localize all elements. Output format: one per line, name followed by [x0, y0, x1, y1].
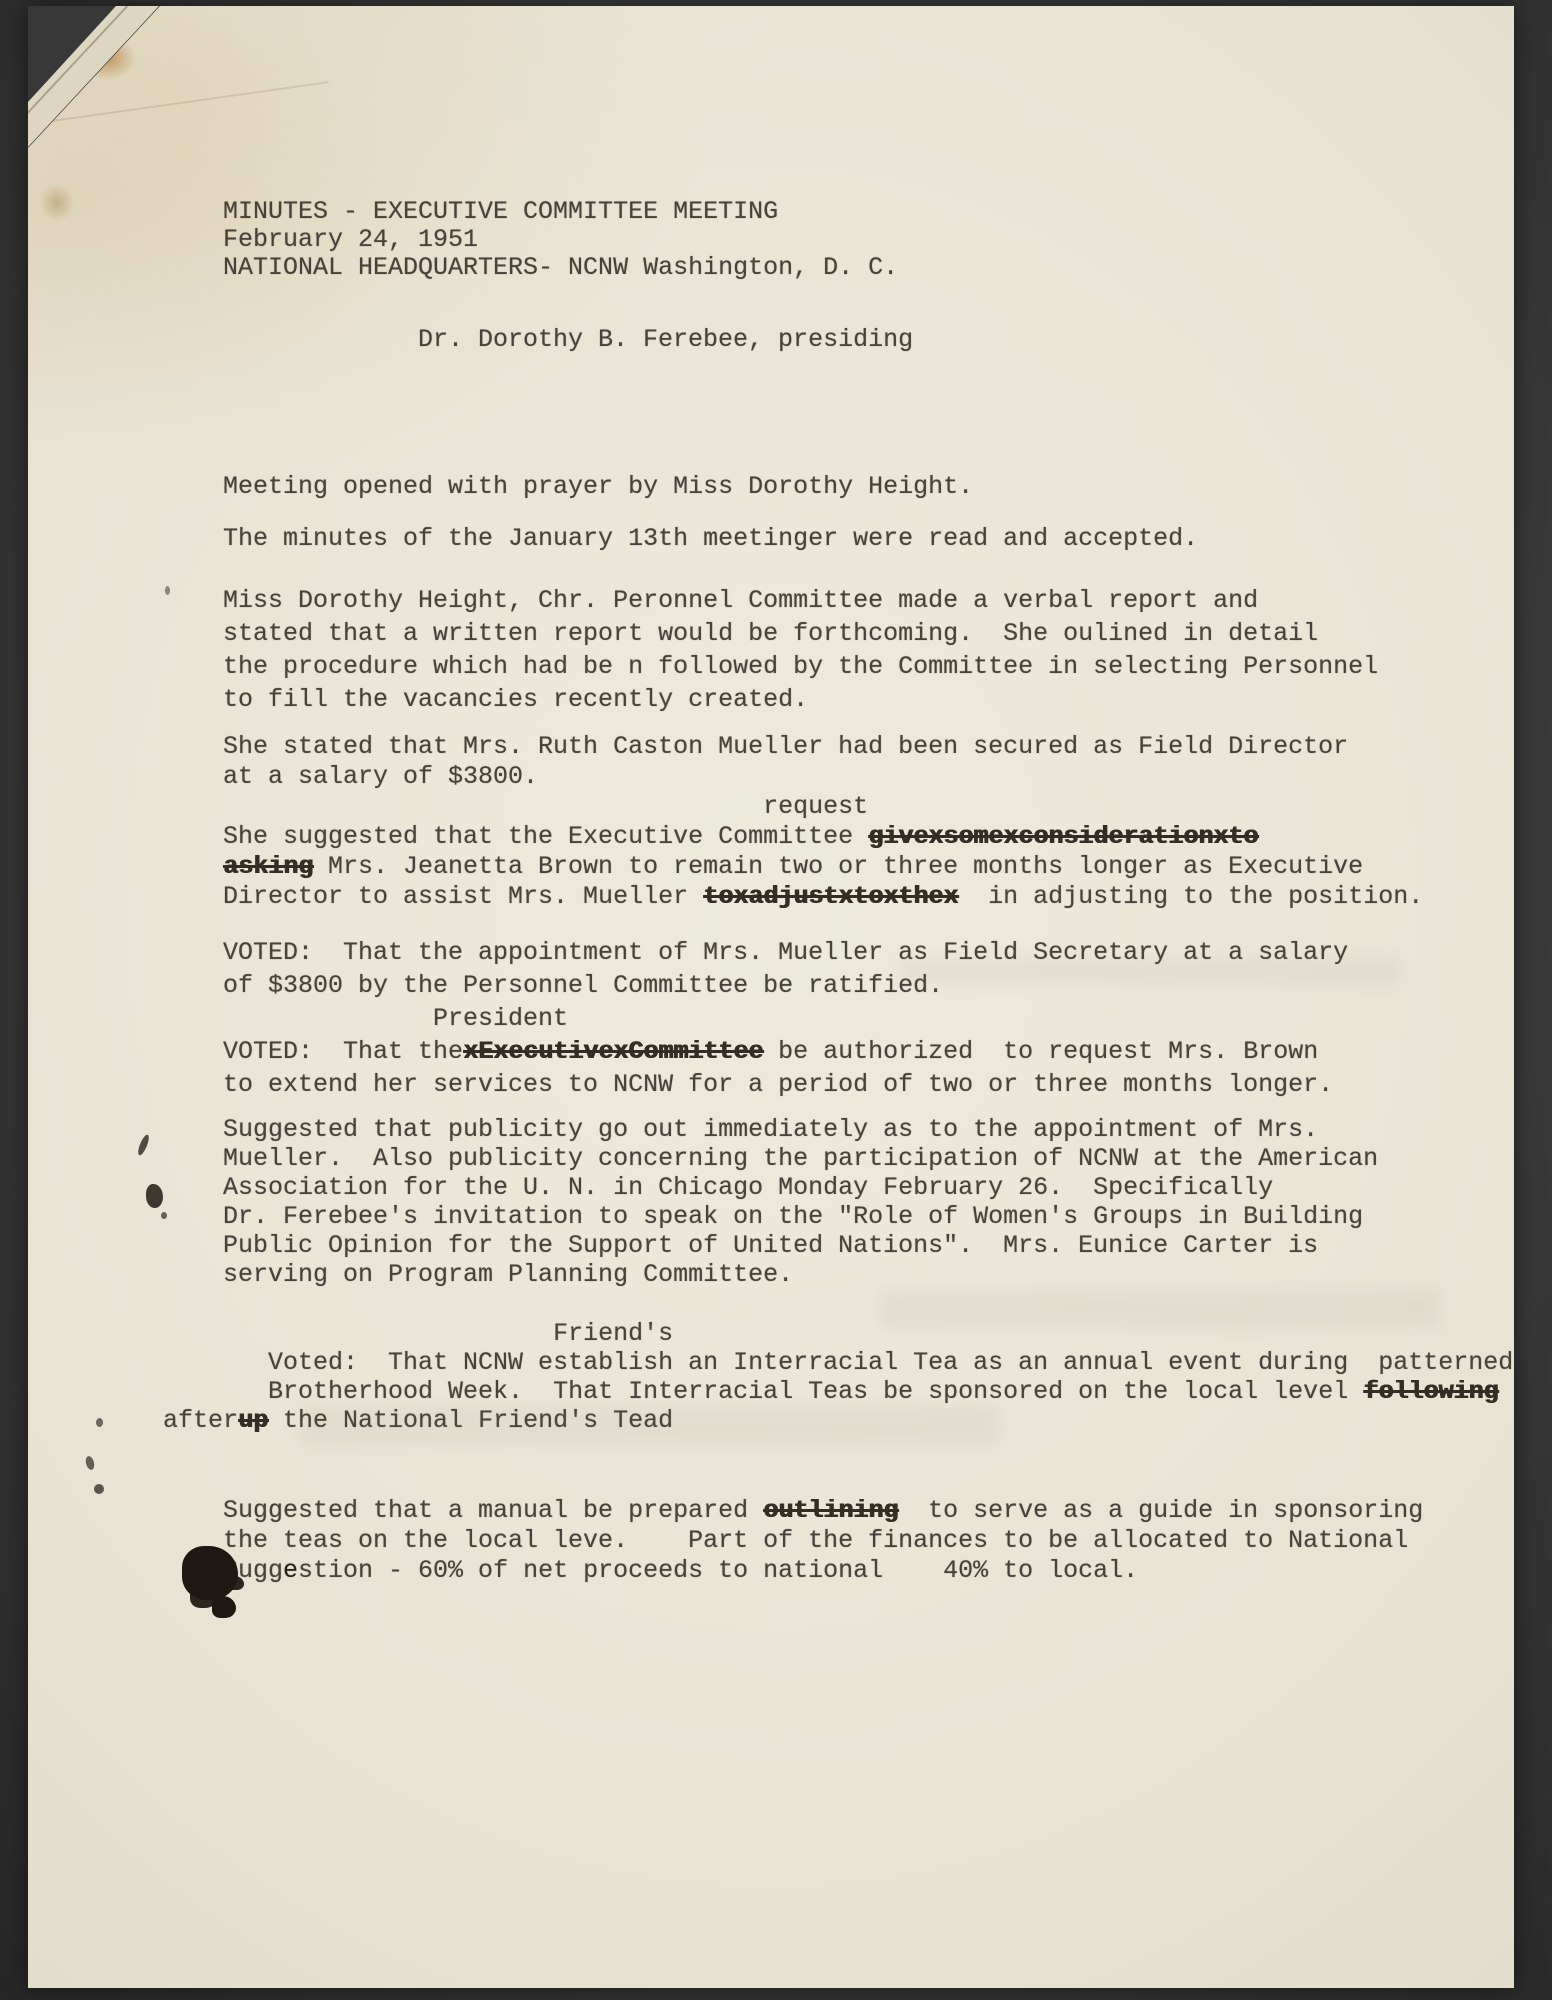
text-line: MINUTES - EXECUTIVE COMMITTEE MEETING — [223, 198, 898, 226]
bleed-through-smudge — [300, 1406, 1000, 1446]
text-line: asking Mrs. Jeanetta Brown to remain two… — [223, 852, 1423, 882]
text-line: serving on Program Planning Committee. — [223, 1260, 1378, 1289]
text-line: Voted: That NCNW establish an Interracia… — [163, 1348, 1513, 1377]
text-line: the teas on the local leve. Part of the … — [223, 1526, 1423, 1556]
text-line: Miss Dorothy Height, Chr. Peronnel Commi… — [223, 584, 1378, 617]
text-line: Mueller. Also publicity concerning the p… — [223, 1144, 1378, 1173]
paragraph-mueller-suggestion: She stated that Mrs. Ruth Caston Mueller… — [223, 732, 1423, 912]
text-line: Director to assist Mrs. Mueller toxadjus… — [223, 882, 1423, 912]
text-line: Suggestion - 60% of net proceeds to nati… — [223, 1556, 1423, 1586]
scan-background: MINUTES - EXECUTIVE COMMITTEE MEETINGFeb… — [0, 0, 1552, 2000]
text-line: Suggested that a manual be prepared outl… — [223, 1496, 1423, 1526]
bleed-through-smudge — [900, 958, 1400, 984]
document-page: MINUTES - EXECUTIVE COMMITTEE MEETINGFeb… — [28, 6, 1514, 1988]
text-line: Association for the U. N. in Chicago Mon… — [223, 1173, 1378, 1202]
text-line: at a salary of $3800. — [223, 762, 1423, 792]
text-line: request — [223, 792, 1423, 822]
text-line: President — [223, 1002, 1348, 1035]
paragraph-manual: Suggested that a manual be prepared outl… — [223, 1496, 1423, 1586]
paragraph-opening-prayer: Meeting opened with prayer by Miss Dorot… — [223, 471, 973, 502]
paragraph-minutes-read: The minutes of the January 13th meetinge… — [223, 523, 1198, 554]
text-line: She stated that Mrs. Ruth Caston Mueller… — [223, 732, 1423, 762]
text-line: NATIONAL HEADQUARTERS- NCNW Washington, … — [223, 254, 898, 282]
ink-blot — [182, 1546, 238, 1600]
text-line: to extend her services to NCNW for a per… — [223, 1068, 1348, 1101]
text-line: to fill the vacancies recently created. — [223, 683, 1378, 716]
text-line: the procedure which had be n followed by… — [223, 650, 1378, 683]
text-line: stated that a written report would be fo… — [223, 617, 1378, 650]
presiding-line: Dr. Dorothy B. Ferebee, presiding — [418, 324, 913, 355]
text-line: Dr. Dorothy B. Ferebee, presiding — [418, 324, 913, 355]
text-line: Meeting opened with prayer by Miss Dorot… — [223, 471, 973, 502]
text-line: Suggested that publicity go out immediat… — [223, 1115, 1378, 1144]
ink-speck — [165, 586, 170, 595]
stain-left-edge — [40, 184, 74, 222]
text-line: Dr. Ferebee's invitation to speak on the… — [223, 1202, 1378, 1231]
typewritten-text-layer: MINUTES - EXECUTIVE COMMITTEE MEETINGFeb… — [28, 6, 1514, 1988]
paragraph-publicity: Suggested that publicity go out immediat… — [223, 1115, 1378, 1289]
torn-corner — [28, 6, 160, 148]
ink-speck — [96, 1418, 103, 1427]
ink-speck — [146, 1184, 163, 1208]
text-line: She suggested that the Executive Committ… — [223, 822, 1423, 852]
paragraph-personnel-report: Miss Dorothy Height, Chr. Peronnel Commi… — [223, 584, 1378, 716]
text-line: The minutes of the January 13th meetinge… — [223, 523, 1198, 554]
text-line: February 24, 1951 — [223, 226, 898, 254]
bleed-through-smudge — [880, 1290, 1440, 1328]
text-line: Public Opinion for the Support of United… — [223, 1231, 1378, 1260]
ink-speck — [161, 1212, 167, 1219]
meeting-header: MINUTES - EXECUTIVE COMMITTEE MEETINGFeb… — [223, 198, 898, 282]
text-line: VOTED: That thexExecutivexCommittee be a… — [223, 1035, 1348, 1068]
ink-speck — [94, 1484, 104, 1494]
text-line: Brotherhood Week. That Interracial Teas … — [163, 1377, 1513, 1406]
